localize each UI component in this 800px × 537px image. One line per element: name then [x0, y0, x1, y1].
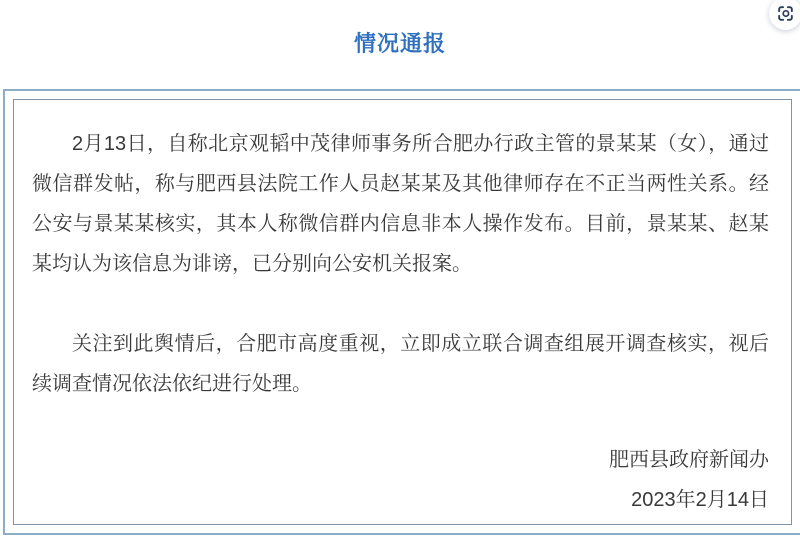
notice-date: 2023年2月14日 [32, 480, 769, 520]
notice-paragraph-2: 关注到此舆情后，合肥市高度重视，立即成立联合调查组展开调查核实，视后续调查情况依… [32, 324, 769, 404]
notice-inner-border: 2月13日，自称北京观韬中茂律师事务所合肥办行政主管的景某某（女），通过微信群发… [13, 99, 792, 525]
notice-page: 情况通报 2月13日，自称北京观韬中茂律师事务所合肥办行政主管的景某某（女），通… [0, 0, 800, 58]
notice-paragraph-1: 2月13日，自称北京观韬中茂律师事务所合肥办行政主管的景某某（女），通过微信群发… [32, 124, 769, 284]
notice-outer-border: 2月13日，自称北京观韬中茂律师事务所合肥办行政主管的景某某（女），通过微信群发… [3, 89, 800, 535]
notice-signature: 肥西县政府新闻办 [32, 440, 769, 480]
page-title: 情况通报 [0, 0, 800, 58]
visual-search-icon[interactable] [769, 0, 800, 30]
camera-viewfinder-icon [776, 4, 795, 23]
